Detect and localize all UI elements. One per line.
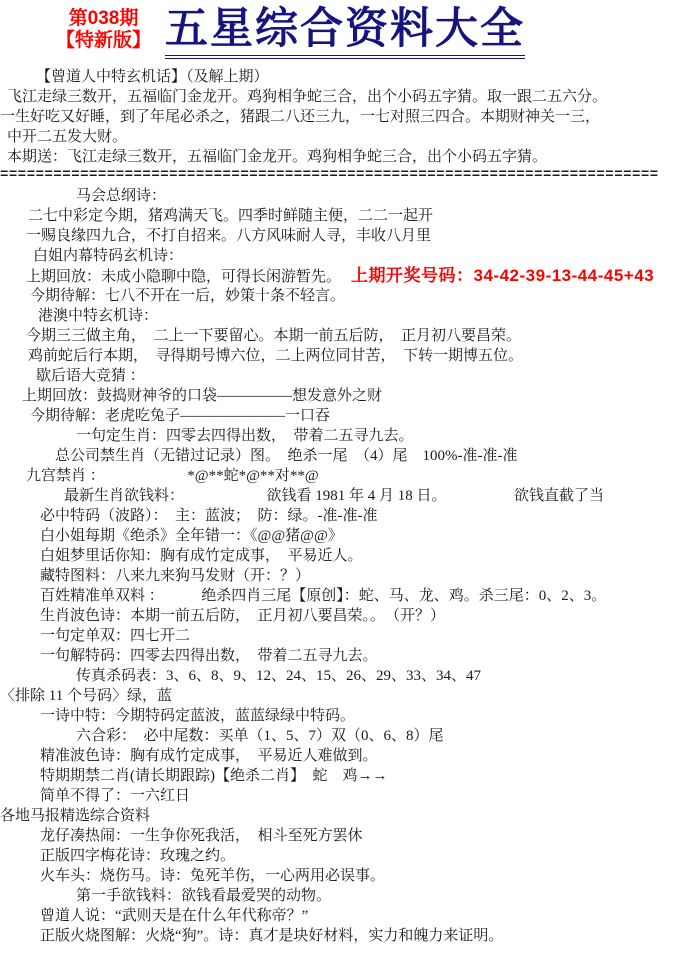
line-text: 飞江走绿三数开，五福临门金龙开。鸡狗相争蛇三合，出个小码五字猜。取一跟二五六分。	[7, 89, 607, 105]
page-title: 五星综合资料大全	[165, 6, 525, 59]
line-text: 上期回放：未成小隐聊中隐，可得长闲游暂先。	[26, 269, 341, 285]
document-line: 白姐梦里话你知：胸有成竹定成事， 平易近人。	[0, 546, 687, 566]
document-line: 〈排除 11 个号码〉绿，蓝	[0, 686, 687, 706]
line-text: 精准波色诗：胸有成竹定成事， 平易近人难做到。	[40, 748, 378, 764]
line-text: 白姐内幕特码玄机诗：	[33, 248, 183, 264]
line-text: 鸡前蛇后行本期， 寻得期号博六位，二上两位同甘苦， 下转一期博五位。	[28, 348, 523, 364]
line-text: 本期送：飞江走绿三数开，五福临门金龙开。鸡狗相争蛇三合，出个小码五字猜。	[7, 149, 547, 165]
document-line: 曾道人说：“武则天是在什么年代称帝？”	[0, 906, 687, 926]
line-text: 百姓精准单双料 ： 绝杀四肖三尾【原创】：蛇、马、龙、鸡。杀三尾：0、2、3。	[40, 588, 606, 604]
line-text: 一句解特码：四零去四得出数， 带着二五寻九去。	[40, 648, 378, 664]
document-line: 上期回放：鼓捣财神爷的口袋—————想发意外之财	[0, 386, 687, 406]
document-line: 中开二五发大财。	[0, 127, 687, 147]
line-text: 二七中彩定今期，猪鸡满天飞。四季时鲜随主便，二二一起开	[28, 208, 433, 224]
document-lines: 【曾道人中特玄机话】（及解上期）飞江走绿三数开，五福临门金龙开。鸡狗相争蛇三合，…	[0, 62, 687, 946]
document-line: 正版四字梅花诗：玫瑰之约。	[0, 846, 687, 866]
document-line: 白姐内幕特码玄机诗：	[0, 246, 687, 266]
line-text: 白小姐每期《绝杀》全年错一：《@@猪@@》	[40, 528, 343, 544]
document-line: 最新生肖欲钱料： 欲钱看 1981 年 4 月 18 日。 欲钱直截了当	[0, 486, 687, 506]
line-text: 第一手欲钱料：欲钱看最爱哭的动物。	[76, 888, 331, 904]
document-line: 藏特图料：八来九来狗马发财（开：？）	[0, 566, 687, 586]
document-line: 简单不得了：一六红日	[0, 786, 687, 806]
document-line: 一诗中特：今期特码定蓝波，蓝蓝绿绿中特码。	[0, 706, 687, 726]
line-text: 特期期禁二肖(请长期跟踪)【绝杀二肖】 蛇 鸡→→	[40, 768, 388, 784]
header: 第038期 【特新版】 五星综合资料大全	[0, 6, 687, 62]
line-text: 龙仔凑热闹：一生争你死我活， 相斗至死方罢休	[40, 828, 363, 844]
line-text: 上期回放：鼓捣财神爷的口袋—————想发意外之财	[22, 388, 382, 404]
section-divider: ========================================…	[0, 167, 687, 186]
line-text: 一诗中特：今期特码定蓝波，蓝蓝绿绿中特码。	[40, 708, 355, 724]
document-line: 百姓精准单双料 ： 绝杀四肖三尾【原创】：蛇、马、龙、鸡。杀三尾：0、2、3。	[0, 586, 687, 606]
line-text: 今期待解：老虎吃兔子———————一口吞	[30, 408, 330, 424]
line-text: 中开二五发大财。	[7, 129, 127, 145]
document-line: 今期待解：七八不开在一后，妙策十条不轻言。	[0, 286, 687, 306]
line-text: 歇后语大竞猜 ：	[36, 368, 145, 384]
line-text: 简单不得了：一六红日	[40, 788, 190, 804]
line-text: 传真杀码表：3、6、8、9、12、24、15、26、29、33、34、47	[76, 668, 481, 684]
document-line: 白小姐每期《绝杀》全年错一：《@@猪@@》	[0, 526, 687, 546]
document-line: 港澳中特玄机诗：	[0, 306, 687, 326]
document-line: 歇后语大竞猜 ：	[0, 366, 687, 386]
document-line: 今期待解：老虎吃兔子———————一口吞	[0, 406, 687, 426]
document-line: 传真杀码表：3、6、8、9、12、24、15、26、29、33、34、47	[0, 666, 687, 686]
document-line: 一句解特码：四零去四得出数， 带着二五寻九去。	[0, 646, 687, 666]
document-line: 火车头：烧伤马。诗：兔死羊伤，一心两用必误事。	[0, 866, 687, 886]
line-text: 各地马报精选综合资料	[0, 808, 150, 824]
line-text: 六合彩： 必中尾数：买单（1、5、7）双（0、6、8）尾	[76, 728, 444, 744]
document-line: 正版火烧图解：火烧“狗”。诗：真才是块好材料，实力和魄力来证明。	[0, 926, 687, 946]
line-text: 必中特码（波路）： 主：蓝波； 防：绿。-准-准-准	[40, 508, 378, 524]
document-line: 【曾道人中特玄机话】（及解上期）	[0, 67, 687, 87]
divider-text: ========================================…	[0, 167, 659, 183]
document-line: 必中特码（波路）： 主：蓝波； 防：绿。-准-准-准	[0, 506, 687, 526]
line-text: 一句定生肖：四零去四得出数， 带着二五寻九去。	[76, 428, 414, 444]
line-text: 生肖波色诗：本期一前五后防， 正月初八要昌荣。。 （开？）	[40, 608, 445, 624]
document-line: 第一手欲钱料：欲钱看最爱哭的动物。	[0, 886, 687, 906]
line-text: 正版火烧图解：火烧“狗”。诗：真才是块好材料，实力和魄力来证明。	[40, 928, 503, 944]
document-line: 飞江走绿三数开，五福临门金龙开。鸡狗相争蛇三合，出个小码五字猜。取一跟二五六分。	[0, 87, 687, 107]
line-text: 曾道人说：“武则天是在什么年代称帝？”	[40, 908, 308, 924]
document-line: 今期三三做主角， 二上一下要留心。本期一前五后防， 正月初八要昌荣。	[0, 326, 687, 346]
document-line: 六合彩： 必中尾数：买单（1、5、7）双（0、6、8）尾	[0, 726, 687, 746]
document-line: 一句定单双：四七开二	[0, 626, 687, 646]
line-text: 一赐良缘四九合，不打自招来。八方风味耐人寻，丰收八月里	[26, 228, 431, 244]
document-line: 一赐良缘四九合，不打自招来。八方风味耐人寻，丰收八月里	[0, 226, 687, 246]
line-text: 今期三三做主角， 二上一下要留心。本期一前五后防， 正月初八要昌荣。	[26, 328, 521, 344]
line-text: 一生好吃又好睡，到了年尾必杀之，猪跟二八还三九，一七对照三四合。本期财神关一三，	[0, 109, 600, 125]
document-line: 一生好吃又好睡，到了年尾必杀之，猪跟二八还三九，一七对照三四合。本期财神关一三，	[0, 107, 687, 127]
line-text: 马会总纲诗：	[76, 188, 166, 204]
line-text: 正版四字梅花诗：玫瑰之约。	[40, 848, 235, 864]
prev-draw-numbers: 上期开奖号码：34-42-39-13-44-45+43	[351, 266, 654, 285]
document-line: 总公司禁生肖（无错过记录）图。 绝杀一尾 （4）尾 100%-准-准-准	[0, 446, 687, 466]
document-line: 各地马报精选综合资料	[0, 806, 687, 826]
line-text: 火车头：烧伤马。诗：兔死羊伤，一心两用必误事。	[40, 868, 385, 884]
line-text: 最新生肖欲钱料： 欲钱看 1981 年 4 月 18 日。 欲钱直截了当	[64, 488, 604, 504]
document-line: 本期送：飞江走绿三数开，五福临门金龙开。鸡狗相争蛇三合，出个小码五字猜。	[0, 147, 687, 167]
document-line: 精准波色诗：胸有成竹定成事， 平易近人难做到。	[0, 746, 687, 766]
document-line: 一句定生肖：四零去四得出数， 带着二五寻九去。	[0, 426, 687, 446]
edition-label: 【特新版】	[56, 30, 151, 52]
line-text: 藏特图料：八来九来狗马发财（开：？）	[40, 568, 310, 584]
line-text: 九宫禁肖 ： *@**蛇*@**对**@	[26, 468, 319, 484]
document-line: 鸡前蛇后行本期， 寻得期号博六位，二上两位同甘苦， 下转一期博五位。	[0, 346, 687, 366]
line-text: 〈排除 11 个号码〉绿，蓝	[0, 688, 172, 704]
line-text: 一句定单双：四七开二	[40, 628, 190, 644]
issue-number: 第038期	[56, 8, 151, 30]
line-text: 白姐梦里话你知：胸有成竹定成事， 平易近人。	[40, 548, 363, 564]
document-line: 上期回放：未成小隐聊中隐，可得长闲游暂先。上期开奖号码：34-42-39-13-…	[0, 266, 687, 286]
document-line: 九宫禁肖 ： *@**蛇*@**对**@	[0, 466, 687, 486]
line-text: 港澳中特玄机诗：	[38, 308, 158, 324]
document-line: 生肖波色诗：本期一前五后防， 正月初八要昌荣。。 （开？）	[0, 606, 687, 626]
document-line: 特期期禁二肖(请长期跟踪)【绝杀二肖】 蛇 鸡→→	[0, 766, 687, 786]
document-line: 二七中彩定今期，猪鸡满天飞。四季时鲜随主便，二二一起开	[0, 206, 687, 226]
line-text: 【曾道人中特玄机话】（及解上期）	[36, 69, 269, 85]
document-line: 马会总纲诗：	[0, 186, 687, 206]
document-line: 龙仔凑热闹：一生争你死我活， 相斗至死方罢休	[0, 826, 687, 846]
lottery-info-sheet: 第038期 【特新版】 五星综合资料大全 【曾道人中特玄机话】（及解上期）飞江走…	[0, 0, 687, 946]
line-text: 今期待解：七八不开在一后，妙策十条不轻言。	[30, 288, 345, 304]
issue-block: 第038期 【特新版】	[56, 6, 151, 52]
line-text: 总公司禁生肖（无错过记录）图。 绝杀一尾 （4）尾 100%-准-准-准	[55, 448, 517, 464]
